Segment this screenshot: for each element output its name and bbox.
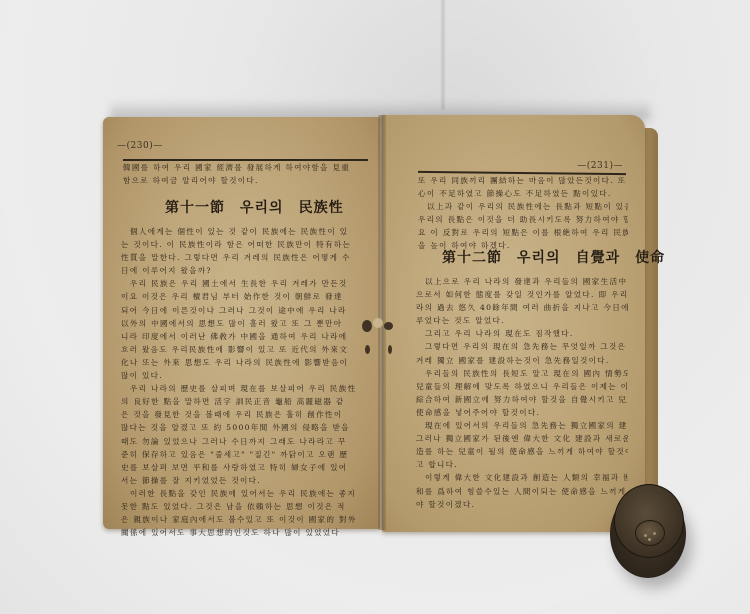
text-line: 이렇게 偉大한 文化建設과 創造는 人類의 幸福과 世界平 [416,471,628,484]
text-line: 그러나 獨立國家가 된後엔 偉大한 文化 建設과 새로운 創 [416,432,628,445]
text-line: 야 할것이겠다. [416,498,628,511]
text-line: 關係에 있어서도 事大思想的인것도 하나 많이 있었었다 [121,526,368,539]
text-line: 以上으로 우리 나라의 發達과 우리들의 國家生活中 公民 [416,275,628,288]
text-line: 함으로 하여금 알리어야 할것이다. [123,174,368,187]
right-continuation-text: 또 우리 同族끼리 團結하는 마음이 많았든것이다. 또 團體 心이 不足하였고… [418,174,628,253]
text-line: 和를 爲하여 힘쓸수있는 人間이되는 使命感을 느끼게 하어 [416,485,628,498]
text-line: 造를 하는 兒童이 될의 使命感을 느끼게 하여야 할것이라 [416,445,628,458]
text-line: 以上과 같이 우리의 民族性에는 長點과 短點이 있음으로 [418,200,628,213]
section-title-12: 第十二節 우리의 自覺과 使命 [442,247,665,267]
text-line: 우리의 長點은 이것을 더 助長시키도록 努力하여야 할것이 [418,213,628,226]
text-line: 現在에 있어서의 우리들의 急先務는 獨立國家의 建設이나 [416,419,628,432]
text-line: 의 良好한 點을 말하면 活字 訓民正音 龜船 高麗磁器 같 [121,395,368,408]
text-line: 니라 印度에서 이러난 佛敎가 中國을 通하여 우리 나라에 [121,330,368,343]
text-line: 心이 不足하였고 節操心도 不足하였든 點이있다. [418,187,628,200]
text-line: 日에 이루어지 왔을까? [121,264,368,277]
text-line: 以外의 中國에서의 思想도 많이 흘러 왔고 또 그 뿐만아 [121,317,368,330]
text-line: 兒童들의 理解에 맞도록 하였으니 우리들은 이제는 이를 [416,380,628,393]
text-line: 은 親族이나 家庭內에서도 볼수있고 또 이것이 國家的 對外 [121,513,368,526]
right-body-text: 以上으로 우리 나라의 發達과 우리들의 國家生活中 公民 으로서 如何한 態度… [416,275,628,511]
left-body-text: 個人에게는 個性이 있는 것 같이 民族에는 民族性이 있 는 것이다. 이 民… [121,225,368,539]
text-line: 준히 保存하고 있음은 "줄세고" "질긴" 까닭이고 오랜 歷 [121,448,368,461]
left-continuation-text: 韓國를 하여 우리 國家 經濟를 發展하게 하여야함을 見重 함으로 하여금 알… [123,161,368,187]
text-line: 요 이 反對로 우리의 短點은 이를 根絶하여 우리 民族性 [418,226,628,239]
text-line: 史를 보살펴 보면 平和를 사랑하였고 特히 婦女子에 있어 [121,461,368,474]
text-line: 라의 過去 悠久 40餘年間 여러 曲折을 지나고 今日에 이 [416,301,628,314]
text-line: 흐러 왔음도 우리民族性에 影響이 있고 또 近代의 外來文 [121,343,368,356]
text-line: 되어 今日에 이른것이나 그러나 그것이 途中에 우리 나라 [121,304,368,317]
text-line: 綜合하여 新國立에 努力하여야 할것을 自覺시키고 兒童들지 [416,393,628,406]
text-line: 性質을 말한다. 그렇다면 우리 겨레의 民族性은 어떻게 수 [121,251,368,264]
text-line: 루었다는 것도 알었다. [416,314,628,327]
text-line: 우리 民族은 우리 國土에서 生長한 우리 겨레가 만든것 [121,277,368,290]
text-line: 그리고 우리 나라의 現在도 짐작했다. [416,327,628,340]
text-line: 그렇다면 우리의 現在의 急先務는 무엇일까 그것은 우리 [416,340,628,353]
text-line: 서는 節操를 잘 지키었었든 것이다. [121,474,368,487]
text-line: 또 우리 同族끼리 團結하는 마음이 많았든것이다. 또 團體 [418,174,628,187]
text-line: 化나 또는 外來 思想도 우리 나라의 民族性에 影響받음이 [121,356,368,369]
page-number-left: —(230)— [117,141,163,151]
background-fold-line [440,0,446,110]
left-page: —(230)— 韓國를 하여 우리 國家 經濟를 發展하게 하여야함을 見重 함… [103,117,380,529]
text-line: 겨레 獨立 國家를 建設하는것이 急先務일것이다. [416,354,628,367]
text-line: 이러한 長點을 갖인 民族에 있어서는 우리 民族에는 좋지 [121,487,368,500]
brass-weight-icon [610,476,686,580]
text-line: 우리들의 民族性의 長短도 알고 現在의 國內 情勢도 잘 [416,367,628,380]
section-title-11: 第十一節 우리의 民族性 [165,197,344,217]
text-line: 많이 있다. [121,369,368,382]
text-line: 個人에게는 個性이 있는 것 같이 民族에는 民族性이 있 [121,225,368,238]
text-line: 우리 나라의 歷史를 살피며 現在를 보살피어 우리 民族性 [121,382,368,395]
text-line: 使命感을 넣어주어야 할것이다. [416,406,628,419]
text-line: 韓國를 하여 우리 國家 經濟를 發展하게 하여야함을 見重 [123,161,368,174]
text-line: 못한 點도 있었다. 그것은 남을 依賴하는 思想 이것은 적 [121,500,368,513]
text-line: 는 것이다. 이 民族性이라 함은 어떠한 民族만이 特有하는 [121,238,368,251]
right-page: —(231)— 또 우리 同族끼리 團結하는 마음이 많았든것이다. 또 團體 … [382,115,645,532]
text-line: 고 합니다. [416,458,628,471]
text-line: 은 것을 發見한 것을 볼때에 우리 民族은 훌히 創作性이 [121,408,368,421]
text-line: 때도 勿論 있었으나 그러나 수日까지 그래도 나라라고 꾸 [121,435,368,448]
page-number-right: —(231)— [577,161,623,171]
text-line: 으로서 如何한 態度를 갖일 것인가를 알었다. 即 우리 나 [416,288,628,301]
text-line: 이요 이것은 우리 檀君님 부터 始作한 것이 朝鮮로 發達 [121,290,368,303]
text-line: 많다는 것을 알겠고 또 約 5000年間 外國의 侵略을 받을 [121,421,368,434]
